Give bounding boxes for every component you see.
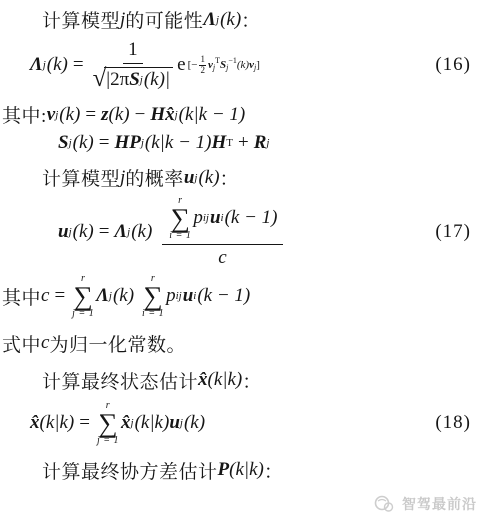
heading-probability-text2: 的概率: [125, 164, 184, 191]
u-subscript: j: [180, 417, 183, 429]
transpose-sup: T: [215, 57, 220, 65]
left-bracket-minus: [−: [188, 60, 198, 71]
arg-k-given-k: (k|k): [40, 412, 75, 434]
arg-k: (k): [73, 132, 94, 154]
colon: ：: [242, 367, 262, 394]
equation-16: Λj(k) = 1 √ |2πSj(k)| e [− 1 2 vjT: [2, 39, 471, 91]
arg-k: (k): [109, 104, 130, 126]
p-subscript: ij: [176, 290, 182, 302]
heading-likelihood-text: 计算模型: [42, 6, 120, 33]
arg-k-minus-1: (k − 1): [197, 285, 250, 307]
half-fraction: 1 2: [199, 55, 206, 76]
equation-18: x̂(k|k) = r ∑ j = 1 x̂j(k|k)uj(k) (18): [2, 400, 471, 447]
lambda-subscript: j: [43, 59, 46, 71]
x-subscript: j: [131, 417, 134, 429]
u-subscript: j: [69, 226, 72, 238]
H-symbol: H: [114, 132, 129, 154]
u-symbol: u: [169, 412, 180, 434]
colon: ：: [220, 164, 240, 191]
u-symbol: u: [58, 221, 69, 243]
equals-sign: =: [74, 412, 95, 434]
where-label: 其中: [2, 283, 41, 310]
arg-k: (k): [131, 221, 152, 243]
arg-k-minus-1: (k − 1): [225, 207, 278, 229]
fraction-numerator: 1: [123, 39, 143, 64]
lambda-subscript: j: [109, 290, 112, 302]
P-subscript: j: [141, 137, 144, 149]
v-subscript: j: [254, 64, 256, 72]
p-symbol: p: [193, 207, 203, 229]
R-subscript: j: [266, 137, 269, 149]
heading-state-text: 计算最终状态估计: [42, 367, 198, 394]
c-symbol: c: [41, 285, 49, 307]
x-hat-symbol: x̂: [165, 104, 175, 126]
P-symbol: P: [129, 132, 141, 154]
v-symbol: v: [47, 104, 55, 126]
watermark-text: 智驾最前沿: [402, 494, 477, 514]
transpose-sup: T: [226, 137, 233, 149]
v-subscript: j: [213, 64, 215, 72]
x-hat-symbol: x̂: [121, 412, 131, 434]
colon: ：: [241, 6, 261, 33]
euler-e: e: [177, 54, 185, 76]
sigma-icon: ∑: [171, 207, 190, 230]
arg-k: (k): [237, 60, 249, 71]
H-symbol: H: [211, 132, 226, 154]
x-hat-symbol: x̂: [30, 412, 40, 434]
normalization-note: 式中c为归一化常数。: [2, 330, 471, 357]
heading-probability-text: 计算模型: [42, 164, 120, 191]
half-denominator: 2: [200, 66, 205, 76]
H-symbol: H: [150, 104, 165, 126]
sum-operator: r ∑ j = 1: [72, 273, 94, 320]
p-subscript: ij: [203, 212, 209, 224]
u-symbol: u: [184, 167, 195, 189]
equation-number-18: (18): [435, 412, 471, 434]
colon: ：: [264, 457, 284, 484]
p-symbol: p: [166, 285, 176, 307]
fraction-denominator: √ |2πSj(k)|: [93, 64, 174, 91]
inverse-sup: −1: [228, 57, 237, 65]
lambda-subscript: j: [216, 14, 219, 26]
watermark-logo-icon: [374, 495, 396, 513]
R-symbol: R: [254, 132, 267, 154]
minus-sign: −: [130, 104, 151, 126]
u-subscript: j: [194, 172, 197, 184]
watermark: 智驾最前沿: [374, 494, 477, 514]
z-symbol: z: [101, 104, 108, 126]
heading-covariance-estimate: 计算最终协方差估计P(k|k)：: [42, 457, 471, 484]
arg-k: (k): [113, 285, 134, 307]
sum-lower-limit: i = 1: [142, 308, 164, 320]
equation-18-body: x̂(k|k) = r ∑ j = 1 x̂j(k|k)uj(k): [30, 400, 205, 447]
sum-operator: r ∑ i = 1: [169, 195, 191, 242]
right-bracket: ]: [256, 60, 260, 71]
u-symbol: u: [210, 207, 221, 229]
S-subscript: j: [226, 64, 228, 72]
u-symbol: u: [183, 285, 194, 307]
sum-lower-limit: j = 1: [72, 308, 94, 320]
two-pi: |2π: [106, 69, 129, 91]
sum-lower-limit: i = 1: [169, 230, 191, 242]
sum-operator: r ∑ i = 1: [142, 273, 164, 320]
S-symbol: S: [58, 132, 69, 154]
S-subscript: j: [140, 74, 143, 86]
arg-k: (k): [184, 412, 205, 434]
equals-sign: =: [49, 285, 70, 307]
paper-page: 计算模型j的可能性Λj(k)： Λj(k) = 1 √ |2πSj(k)| e …: [0, 0, 487, 526]
heading-likelihood: 计算模型j的可能性Λj(k)：: [42, 6, 471, 33]
equals-sign: =: [94, 132, 115, 154]
lambda-symbol: Λ: [30, 54, 43, 76]
lambda-symbol: Λ: [114, 221, 127, 243]
where-clause-1: 其中:vj(k) = z(k) − Hx̂j(k|k − 1): [2, 101, 471, 128]
sigma-icon: ∑: [98, 412, 117, 435]
note-text: 式中: [2, 330, 41, 357]
x-hat-symbol: x̂: [198, 369, 208, 391]
half-numerator: 1: [199, 55, 206, 66]
fraction: 1 √ |2πSj(k)|: [93, 39, 174, 91]
arg-k: (k): [198, 167, 219, 189]
equation-17: uj(k) = Λj(k) r ∑ i = 1 pijui(k − 1) c (…: [2, 195, 471, 269]
x-subscript: j: [175, 109, 178, 121]
where-label: 其中:: [2, 101, 47, 128]
arg-k-given-k: (k|k): [135, 412, 170, 434]
arg-k: (k): [47, 54, 68, 76]
u-subscript: i: [193, 290, 196, 302]
lambda-symbol: Λ: [203, 9, 216, 31]
v-subscript: j: [55, 109, 58, 121]
fraction-numerator: r ∑ i = 1 pijui(k − 1): [162, 195, 282, 245]
fraction-denominator: c: [218, 245, 226, 269]
fraction: r ∑ i = 1 pijui(k − 1) c: [162, 195, 282, 269]
heading-covariance-text: 计算最终协方差估计: [42, 457, 218, 484]
lambda-symbol: Λ: [96, 285, 109, 307]
heading-state-estimate: 计算最终状态估计x̂(k|k)：: [42, 367, 471, 394]
equals-sign: =: [94, 221, 115, 243]
where-clause-2: Sj(k) = HPj(k|k − 1) HT + Rj: [58, 132, 471, 154]
sigma-icon: ∑: [143, 285, 162, 308]
arg-k: (k): [220, 9, 241, 31]
P-symbol: P: [218, 459, 230, 481]
equals-sign: =: [68, 54, 89, 76]
lambda-subscript: j: [127, 226, 130, 238]
arg-k-given-k-minus-1: (k|k − 1): [179, 104, 246, 126]
where-clause-3: 其中c = r ∑ j = 1 Λj(k) r ∑ i = 1 pijui(k …: [2, 273, 471, 320]
heading-probability: 计算模型j的概率uj(k)：: [42, 164, 471, 191]
S-symbol: S: [129, 69, 140, 91]
note-text2: 为归一化常数。: [49, 330, 186, 357]
sum-operator: r ∑ j = 1: [97, 400, 119, 447]
c-symbol: c: [41, 332, 49, 354]
arg-k-given-k: (k|k): [208, 369, 243, 391]
equation-16-body: Λj(k) = 1 √ |2πSj(k)| e [− 1 2 vjT: [30, 39, 260, 91]
arg-k: (k): [73, 221, 94, 243]
arg-k-given-k: (k|k): [229, 459, 264, 481]
equation-number-16: (16): [435, 54, 471, 76]
heading-likelihood-text2: 的可能性: [125, 6, 203, 33]
arg-k: (k)|: [144, 69, 170, 91]
equals-sign: =: [80, 104, 101, 126]
S-subscript: j: [69, 137, 72, 149]
radicand: |2πSj(k)|: [104, 67, 173, 91]
sigma-icon: ∑: [74, 285, 93, 308]
exponent-group: [− 1 2 vjT Sj−1 (k) vj ]: [188, 55, 260, 76]
plus-sign: +: [233, 132, 254, 154]
u-subscript: i: [221, 212, 224, 224]
equation-17-body: uj(k) = Λj(k) r ∑ i = 1 pijui(k − 1) c: [58, 195, 287, 269]
equation-number-17: (17): [435, 221, 471, 243]
arg-k: (k): [59, 104, 80, 126]
arg-k-given-k-minus-1: (k|k − 1): [145, 132, 212, 154]
sum-lower-limit: j = 1: [97, 435, 119, 447]
